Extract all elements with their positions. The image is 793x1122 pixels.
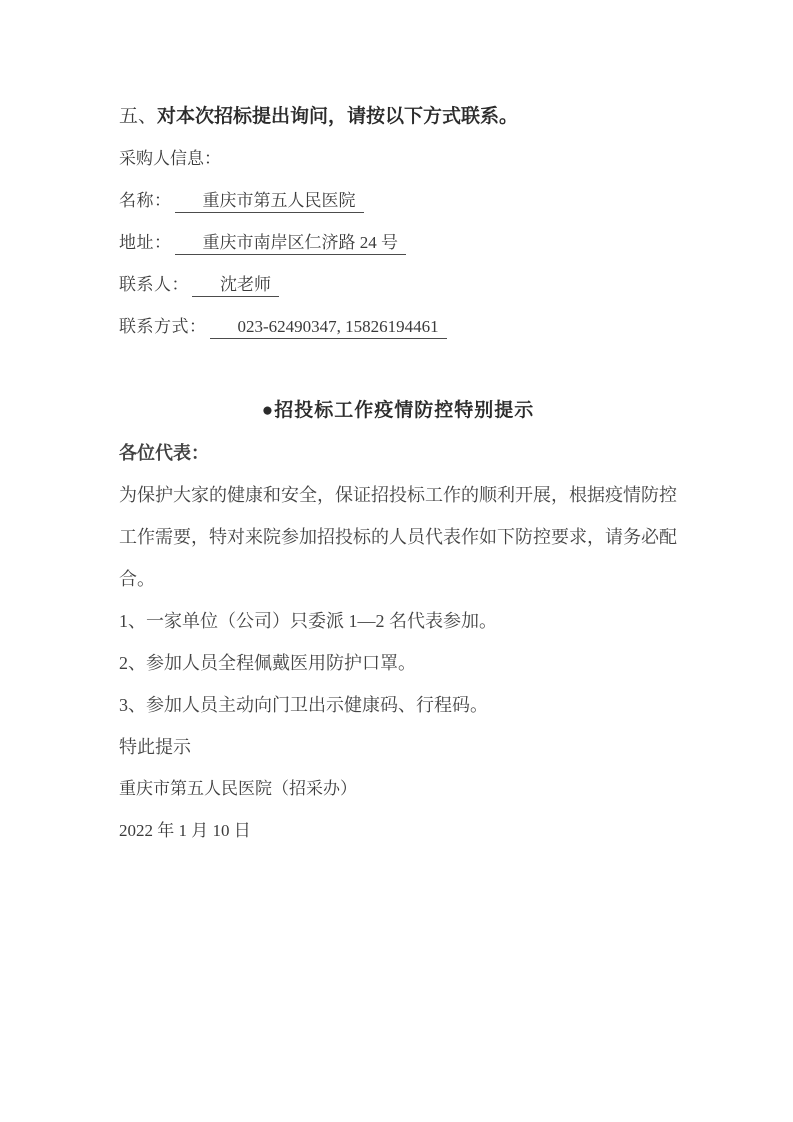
field-contact-method-value: 023-62490347, 15826194461 [210,317,447,339]
document-page: 五、对本次招标提出询问，请按以下方式联系。 采购人信息： 名称：重庆市第五人民医… [0,0,793,1122]
field-address-value: 重庆市南岸区仁济路 24 号 [175,233,407,255]
notice-item-3: 3、参加人员主动向门卫出示健康码、行程码。 [119,684,677,726]
notice-closing: 特此提示 [119,726,677,768]
field-contact-person-label: 联系人： [119,275,189,294]
field-address-label: 地址： [119,233,172,252]
notice-signature: 重庆市第五人民医院（招采办） [119,768,677,810]
field-contact-person: 联系人：沈老师 [119,264,677,306]
field-name-label: 名称： [119,191,172,210]
field-address: 地址：重庆市南岸区仁济路 24 号 [119,222,677,264]
notice-title: ●招投标工作疫情防控特别提示 [119,390,677,432]
notice-item-1: 1、一家单位（公司）只委派 1—2 名代表参加。 [119,600,677,642]
notice-date: 2022 年 1 月 10 日 [119,810,677,852]
field-name-value: 重庆市第五人民医院 [175,191,364,213]
section-heading-text: 对本次招标提出询问，请按以下方式联系。 [157,106,518,127]
field-contact-method-label: 联系方式： [119,317,207,336]
field-contact-person-value: 沈老师 [192,275,279,297]
notice-body: 为保护大家的健康和安全，保证招投标工作的顺利开展，根据疫情防控工作需要，特对来院… [119,474,677,600]
purchaser-info-label: 采购人信息： [119,138,677,180]
field-name: 名称：重庆市第五人民医院 [119,180,677,222]
field-contact-method: 联系方式：023-62490347, 15826194461 [119,306,677,348]
notice-item-2: 2、参加人员全程佩戴医用防护口罩。 [119,642,677,684]
notice-title-text: 招投标工作疫情防控特别提示 [274,400,534,421]
bullet-icon: ● [262,400,274,421]
section-heading: 五、对本次招标提出询问，请按以下方式联系。 [119,96,677,138]
blank-line [119,348,677,390]
notice-salutation: 各位代表： [119,432,677,474]
section-number: 五、 [119,106,157,127]
